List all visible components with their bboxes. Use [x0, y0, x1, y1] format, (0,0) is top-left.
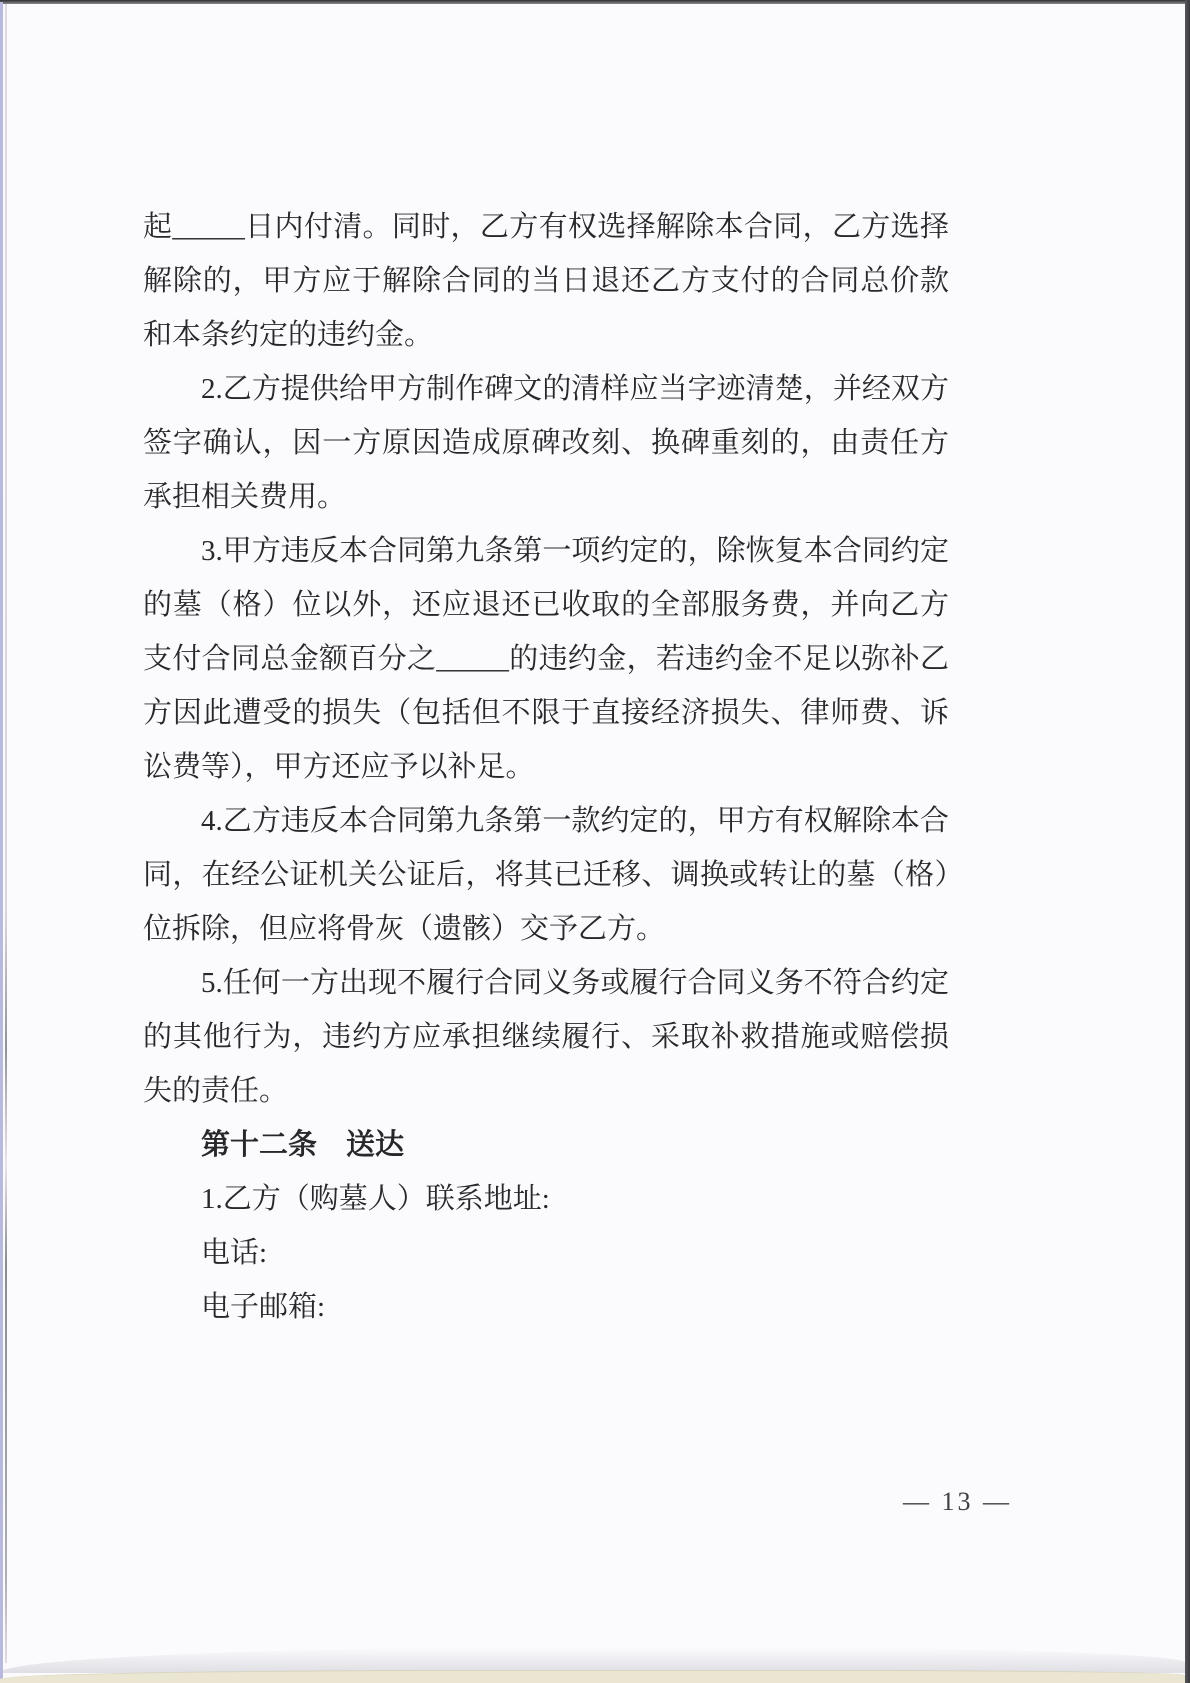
paper-fold-line — [5, 0, 7, 1663]
scan-edge-right — [1185, 0, 1190, 1683]
paragraph: 5.任何一方出现不履行合同义务或履行合同义务不符合约定的其他行为，违约方应承担继… — [143, 956, 949, 1118]
underlying-page-edge — [0, 1670, 1185, 1683]
scan-edge-top — [0, 0, 1190, 4]
scan-edge-left — [0, 2, 3, 1683]
paragraph: 电话: — [143, 1226, 949, 1280]
paragraph: 3.甲方违反本合同第九条第一项约定的，除恢复本合同约定的墓（格）位以外，还应退还… — [143, 524, 949, 794]
section-heading: 第十二条 送达 — [143, 1118, 949, 1172]
contract-body: 起_____日内付清。同时，乙方有权选择解除本合同，乙方选择解除的，甲方应于解除… — [143, 0, 949, 1334]
paragraph: 2.乙方提供给甲方制作碑文的清样应当字迹清楚，并经双方签字确认，因一方原因造成原… — [143, 362, 949, 524]
paragraph: 1.乙方（购墓人）联系地址: — [143, 1172, 949, 1226]
scanned-page: 起_____日内付清。同时，乙方有权选择解除本合同，乙方选择解除的，甲方应于解除… — [0, 0, 1190, 1683]
page-number: — 13 — — [903, 1487, 1012, 1517]
paragraph: 4.乙方违反本合同第九条第一款约定的，甲方有权解除本合同，在经公证机关公证后，将… — [143, 794, 949, 956]
paragraph: 电子邮箱: — [143, 1280, 949, 1334]
paragraph: 起_____日内付清。同时，乙方有权选择解除本合同，乙方选择解除的，甲方应于解除… — [143, 200, 949, 362]
